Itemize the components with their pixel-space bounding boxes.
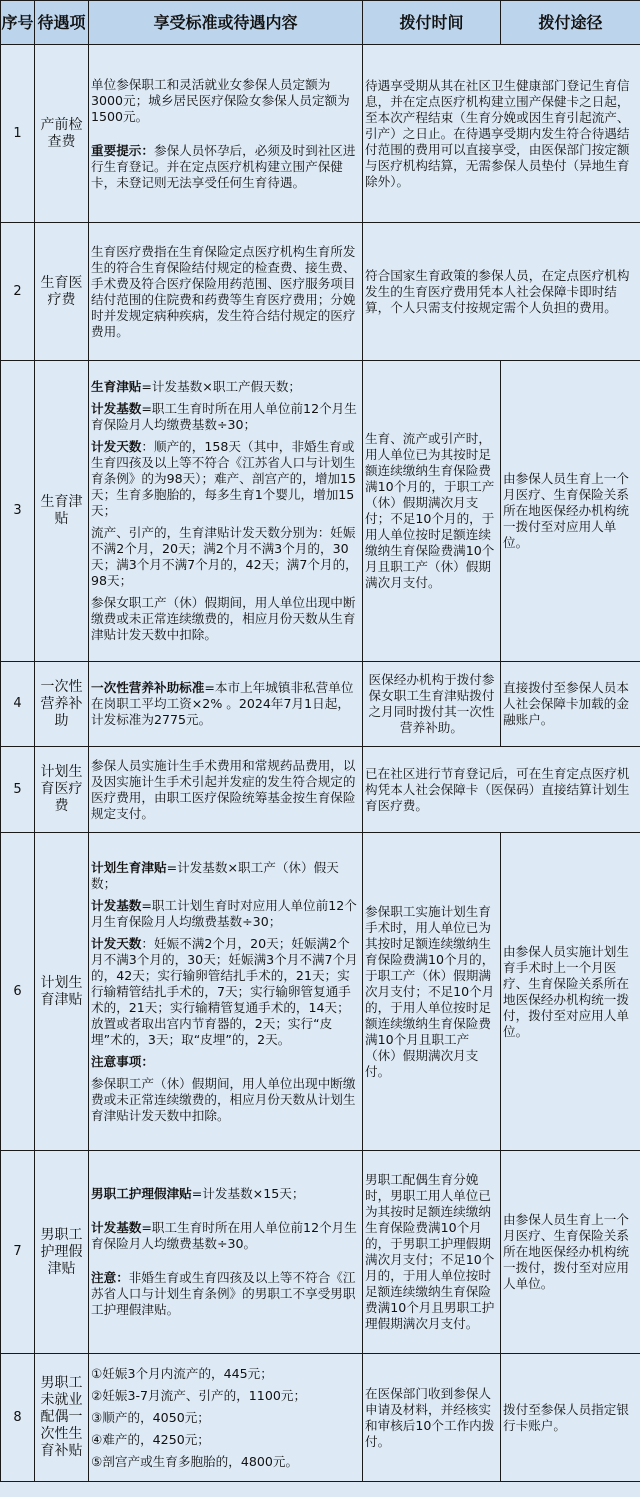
benefit-item: 男职工未就业配偶一次性生育补贴 — [35, 1354, 89, 1482]
table-row: 1 产前检查费 单位参保职工和灵活就业女参保人员定额为3000元；城乡居民医疗保… — [1, 45, 640, 223]
content-paragraph: 生育津贴=计发基数×职工产假天数； — [91, 379, 360, 395]
content-paragraph: 计发基数=职工生育时所在用人单位前12个月生育保险月人均缴费基数÷30。 — [91, 1220, 360, 1252]
content-list-item: ①妊娠3个月内流产的，445元； — [91, 1366, 360, 1382]
payment-time: 男职工配偶生育分娩时，男职工用人单位已为其按时足额连续缴纳生育保险费满10个月的… — [363, 1151, 501, 1354]
header-payment-channel: 拨付途径 — [501, 1, 640, 45]
content-paragraph: 计发天数：妊娠不满2个月，20天；妊娠满2个月不满3个月的，30天；妊娠满3个月… — [91, 936, 360, 1048]
content-paragraph: 计发基数=职工生育时所在用人单位前12个月生育保险月人均缴费基数÷30； — [91, 401, 360, 433]
benefit-item: 男职工护理假津贴 — [35, 1151, 89, 1354]
payment-time: 在医保部门收到参保人申请及材料，并经核实和审核后10个工作内拨付。 — [363, 1354, 501, 1482]
header-row: 序号 待遇项 享受标准或待遇内容 拨付时间 拨付途径 — [1, 1, 640, 45]
header-payment-time: 拨付时间 — [363, 1, 501, 45]
row-number: 5 — [1, 747, 35, 833]
benefit-content: 生育医疗费指在生育保险定点医疗机构生育所发生的符合生育保险结付规定的检查费、接生… — [89, 223, 363, 361]
content-list-item: ④难产的，4250元； — [91, 1432, 360, 1448]
content-paragraph: 流产、引产的，生育津贴计发天数分别为：妊娠不满2个月，20天；满2个月不满3个月… — [91, 525, 360, 589]
payment-channel: 拨付至参保人员指定银行卡账户。 — [501, 1354, 640, 1482]
payment-channel: 直接拨付至参保人员本人社会保障卡加载的金融账户。 — [501, 662, 640, 747]
content-paragraph: 计划生育津贴=计发基数×职工产（休）假天数； — [91, 860, 360, 892]
content-paragraph: 参保职工产（休）假期间，用人单位出现中断缴费或未正常连续缴费的，相应月份天数从计… — [91, 1076, 360, 1124]
table-row: 2 生育医疗费 生育医疗费指在生育保险定点医疗机构生育所发生的符合生育保险结付规… — [1, 223, 640, 361]
content-paragraph: 生育医疗费指在生育保险定点医疗机构生育所发生的符合生育保险结付规定的检查费、接生… — [91, 244, 360, 340]
benefit-content: 生育津贴=计发基数×职工产假天数； 计发基数=职工生育时所在用人单位前12个月生… — [89, 361, 363, 662]
header-no: 序号 — [1, 1, 35, 45]
row-number: 7 — [1, 1151, 35, 1354]
payment-time: 参保职工实施计划生育手术时，用人单位已为其按时足额连续缴纳生育保险费满10个月的… — [363, 833, 501, 1151]
payment-channel: 由参保人员生育上一个月医疗、生育保险关系所在地医保经办机构统一拨付至对应用人单位… — [501, 361, 640, 662]
benefit-content: 男职工护理假津贴=计发基数×15天； 计发基数=职工生育时所在用人单位前12个月… — [89, 1151, 363, 1354]
table-row: 8 男职工未就业配偶一次性生育补贴 ①妊娠3个月内流产的，445元； ②妊娠3-… — [1, 1354, 640, 1482]
table-row: 5 计划生育医疗费 参保人员实施计生手术费用和常规药品费用，以及因实施计生手术引… — [1, 747, 640, 833]
row-number: 6 — [1, 833, 35, 1151]
benefit-item: 产前检查费 — [35, 45, 89, 223]
content-paragraph: 计发基数=职工计划生育时对应用人单位前12个月生育保险月人均缴费基数÷30； — [91, 898, 360, 930]
table-row: 7 男职工护理假津贴 男职工护理假津贴=计发基数×15天； 计发基数=职工生育时… — [1, 1151, 640, 1354]
payment-time-and-channel: 符合国家生育政策的参保人员，在定点医疗机构发生的生育医疗费用凭本人社会保障卡即时… — [363, 223, 640, 361]
payment-channel: 由参保人员实施计划生育手术时上一个月医疗、生育保险关系所在地医保经办机构统一拨付… — [501, 833, 640, 1151]
header-content: 享受标准或待遇内容 — [89, 1, 363, 45]
payment-time-and-channel: 待遇享受期从其在社区卫生健康部门登记生育信息，并在定点医疗机构建立围产保健卡之日… — [363, 45, 640, 223]
payment-time: 生育、流产或引产时，用人单位已为其按时足额连续缴纳生育保险费满10个月的，于职工… — [363, 361, 501, 662]
table-row: 3 生育津贴 生育津贴=计发基数×职工产假天数； 计发基数=职工生育时所在用人单… — [1, 361, 640, 662]
content-paragraph: 注意：非婚生育或生育四孩及以上等不符合《江苏省人口与计划生育条例》的男职工不享受… — [91, 1270, 360, 1318]
benefit-content: ①妊娠3个月内流产的，445元； ②妊娠3-7月流产、引产的，1100元； ③顺… — [89, 1354, 363, 1482]
benefit-item: 生育医疗费 — [35, 223, 89, 361]
table-row: 4 一次性营养补助 一次性营养补助标准=本市上年城镇非私营单位在岗职工平均工资×… — [1, 662, 640, 747]
row-number: 8 — [1, 1354, 35, 1482]
benefit-item: 计划生育医疗费 — [35, 747, 89, 833]
content-paragraph: 重要提示：参保人员怀孕后，必须及时到社区进行生育登记。并在定点医疗机构建立围产保… — [91, 143, 360, 191]
content-paragraph: 参保人员实施计生手术费用和常规药品费用，以及因实施计生手术引起并发症的发生符合规… — [91, 758, 360, 822]
benefit-content: 计划生育津贴=计发基数×职工产（休）假天数； 计发基数=职工计划生育时对应用人单… — [89, 833, 363, 1151]
maternity-benefits-table: 序号 待遇项 享受标准或待遇内容 拨付时间 拨付途径 1 产前检查费 单位参保职… — [0, 0, 640, 1482]
benefit-item: 一次性营养补助 — [35, 662, 89, 747]
content-list-item: ③顺产的，4050元； — [91, 1410, 360, 1426]
header-item: 待遇项 — [35, 1, 89, 45]
content-list-item: ⑤剖宫产或生育多胞胎的，4800元。 — [91, 1454, 360, 1470]
content-paragraph: 注意事项： — [91, 1054, 360, 1070]
row-number: 4 — [1, 662, 35, 747]
content-paragraph: 一次性营养补助标准=本市上年城镇非私营单位在岗职工平均工资×2% 。2024年7… — [91, 680, 360, 728]
benefit-item: 计划生育津贴 — [35, 833, 89, 1151]
content-paragraph: 参保女职工产（休）假期间，用人单位出现中断缴费或未正常连续缴费的，相应月份天数从… — [91, 595, 360, 643]
content-list-item: ②妊娠3-7月流产、引产的，1100元； — [91, 1388, 360, 1404]
row-number: 3 — [1, 361, 35, 662]
row-number: 1 — [1, 45, 35, 223]
benefit-content: 单位参保职工和灵活就业女参保人员定额为3000元；城乡居民医疗保险女参保人员定额… — [89, 45, 363, 223]
benefit-content: 一次性营养补助标准=本市上年城镇非私营单位在岗职工平均工资×2% 。2024年7… — [89, 662, 363, 747]
content-paragraph: 男职工护理假津贴=计发基数×15天； — [91, 1186, 360, 1202]
table-row: 6 计划生育津贴 计划生育津贴=计发基数×职工产（休）假天数； 计发基数=职工计… — [1, 833, 640, 1151]
row-number: 2 — [1, 223, 35, 361]
payment-time: 医保经办机构于拨付参保女职工生育津贴拨付之月同时拨付其一次性营养补助。 — [363, 662, 501, 747]
content-paragraph: 计发天数：顺产的，158天（其中，非婚生育或生育四孩及以上等不符合《江苏省人口与… — [91, 439, 360, 519]
benefit-content: 参保人员实施计生手术费用和常规药品费用，以及因实施计生手术引起并发症的发生符合规… — [89, 747, 363, 833]
payment-time-and-channel: 已在社区进行节育登记后，可在生育定点医疗机构凭本人社会保障卡（医保码）直接结算计… — [363, 747, 640, 833]
content-paragraph: 单位参保职工和灵活就业女参保人员定额为3000元；城乡居民医疗保险女参保人员定额… — [91, 77, 360, 125]
payment-channel: 由参保人员生育上一个月医疗、生育保险关系所在地医保经办机构统一拨付，拨付至对应用… — [501, 1151, 640, 1354]
benefit-item: 生育津贴 — [35, 361, 89, 662]
